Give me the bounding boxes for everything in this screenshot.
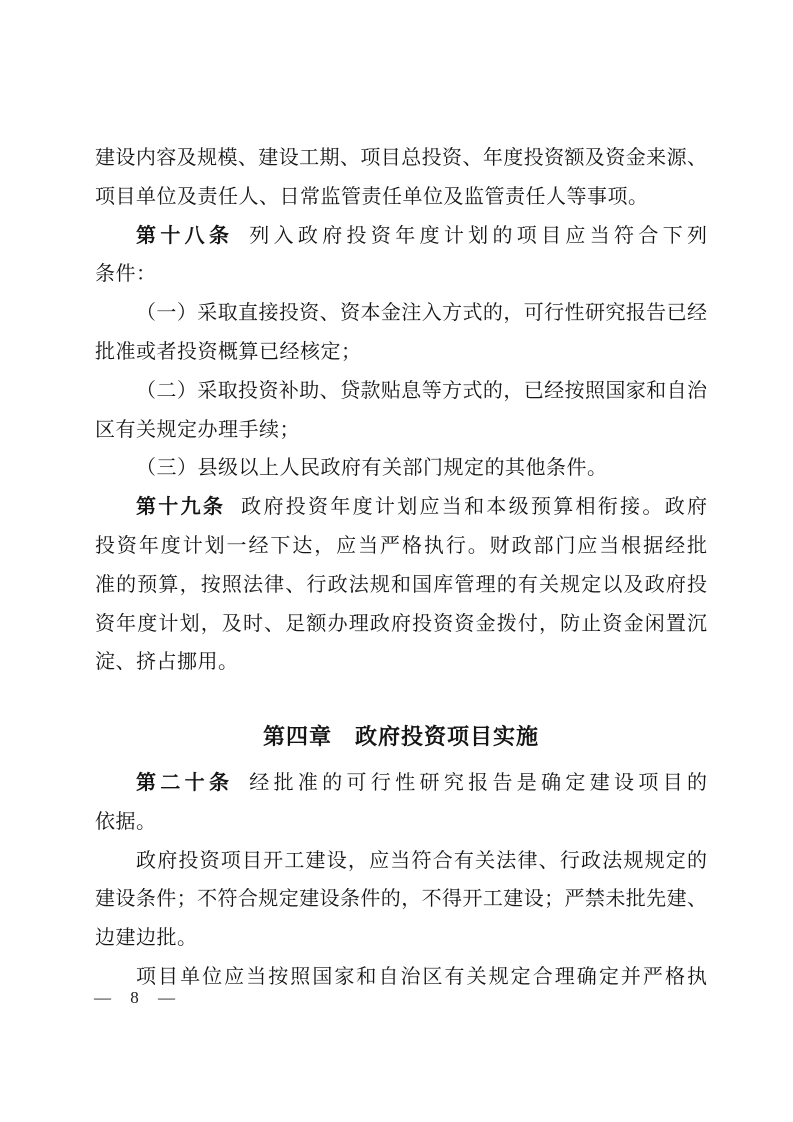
- text-line: 第十九条政府投资年度计划应当和本级预算相衔接。政府: [95, 488, 707, 527]
- text-line: 项目单位应当按照国家和自治区有关规定合理确定并严格执: [95, 958, 707, 997]
- text-line: 依据。: [95, 803, 707, 842]
- text-line: （二）采取投资补助、贷款贴息等方式的，已经按照国家和自治: [95, 372, 707, 411]
- document-page: 建设内容及规模、建设工期、项目总投资、年度投资额及资金来源、项目单位及责任人、日…: [0, 0, 793, 1122]
- article-number: 第十八条: [136, 225, 233, 247]
- text-line: 建设内容及规模、建设工期、项目总投资、年度投资额及资金来源、: [95, 139, 707, 178]
- text-line: 资年度计划，及时、足额办理政府投资资金拨付，防止资金闲置沉: [95, 605, 707, 644]
- text-line: （一）采取直接投资、资本金注入方式的，可行性研究报告已经: [95, 294, 707, 333]
- text-line: 政府投资项目开工建设，应当符合有关法律、行政法规规定的: [95, 842, 707, 881]
- page-footer: — 8 —: [94, 986, 176, 1010]
- line-text: 列入政府投资年度计划的项目应当符合下列: [249, 225, 707, 247]
- document-body: 建设内容及规模、建设工期、项目总投资、年度投资额及资金来源、项目单位及责任人、日…: [95, 139, 707, 997]
- text-line: 投资年度计划一经下达，应当严格执行。财政部门应当根据经批: [95, 527, 707, 566]
- text-line: 第十八条列入政府投资年度计划的项目应当符合下列: [95, 217, 707, 256]
- article-number: 第二十条: [136, 772, 233, 794]
- page-number: — 8 —: [94, 988, 176, 1007]
- text-line: 建设条件；不符合规定建设条件的，不得开工建设；严禁未批先建、: [95, 880, 707, 919]
- text-line: 淀、挤占挪用。: [95, 643, 707, 682]
- line-text: 经批准的可行性研究报告是确定建设项目的: [249, 772, 707, 794]
- text-line: 项目单位及责任人、日常监管责任单位及监管责任人等事项。: [95, 178, 707, 217]
- text-line: 准的预算，按照法律、行政法规和国库管理的有关规定以及政府投: [95, 566, 707, 605]
- text-line: （三）县级以上人民政府有关部门规定的其他条件。: [95, 449, 707, 488]
- line-text: 政府投资年度计划应当和本级预算相衔接。政府: [241, 496, 707, 518]
- text-line: 条件：: [95, 255, 707, 294]
- text-line: 区有关规定办理手续；: [95, 411, 707, 450]
- article-number: 第十九条: [136, 496, 225, 518]
- text-line: 批准或者投资概算已经核定；: [95, 333, 707, 372]
- chapter-heading: 第四章 政府投资项目实施: [95, 718, 707, 757]
- text-line: 边建边批。: [95, 919, 707, 958]
- text-line: 第二十条经批准的可行性研究报告是确定建设项目的: [95, 764, 707, 803]
